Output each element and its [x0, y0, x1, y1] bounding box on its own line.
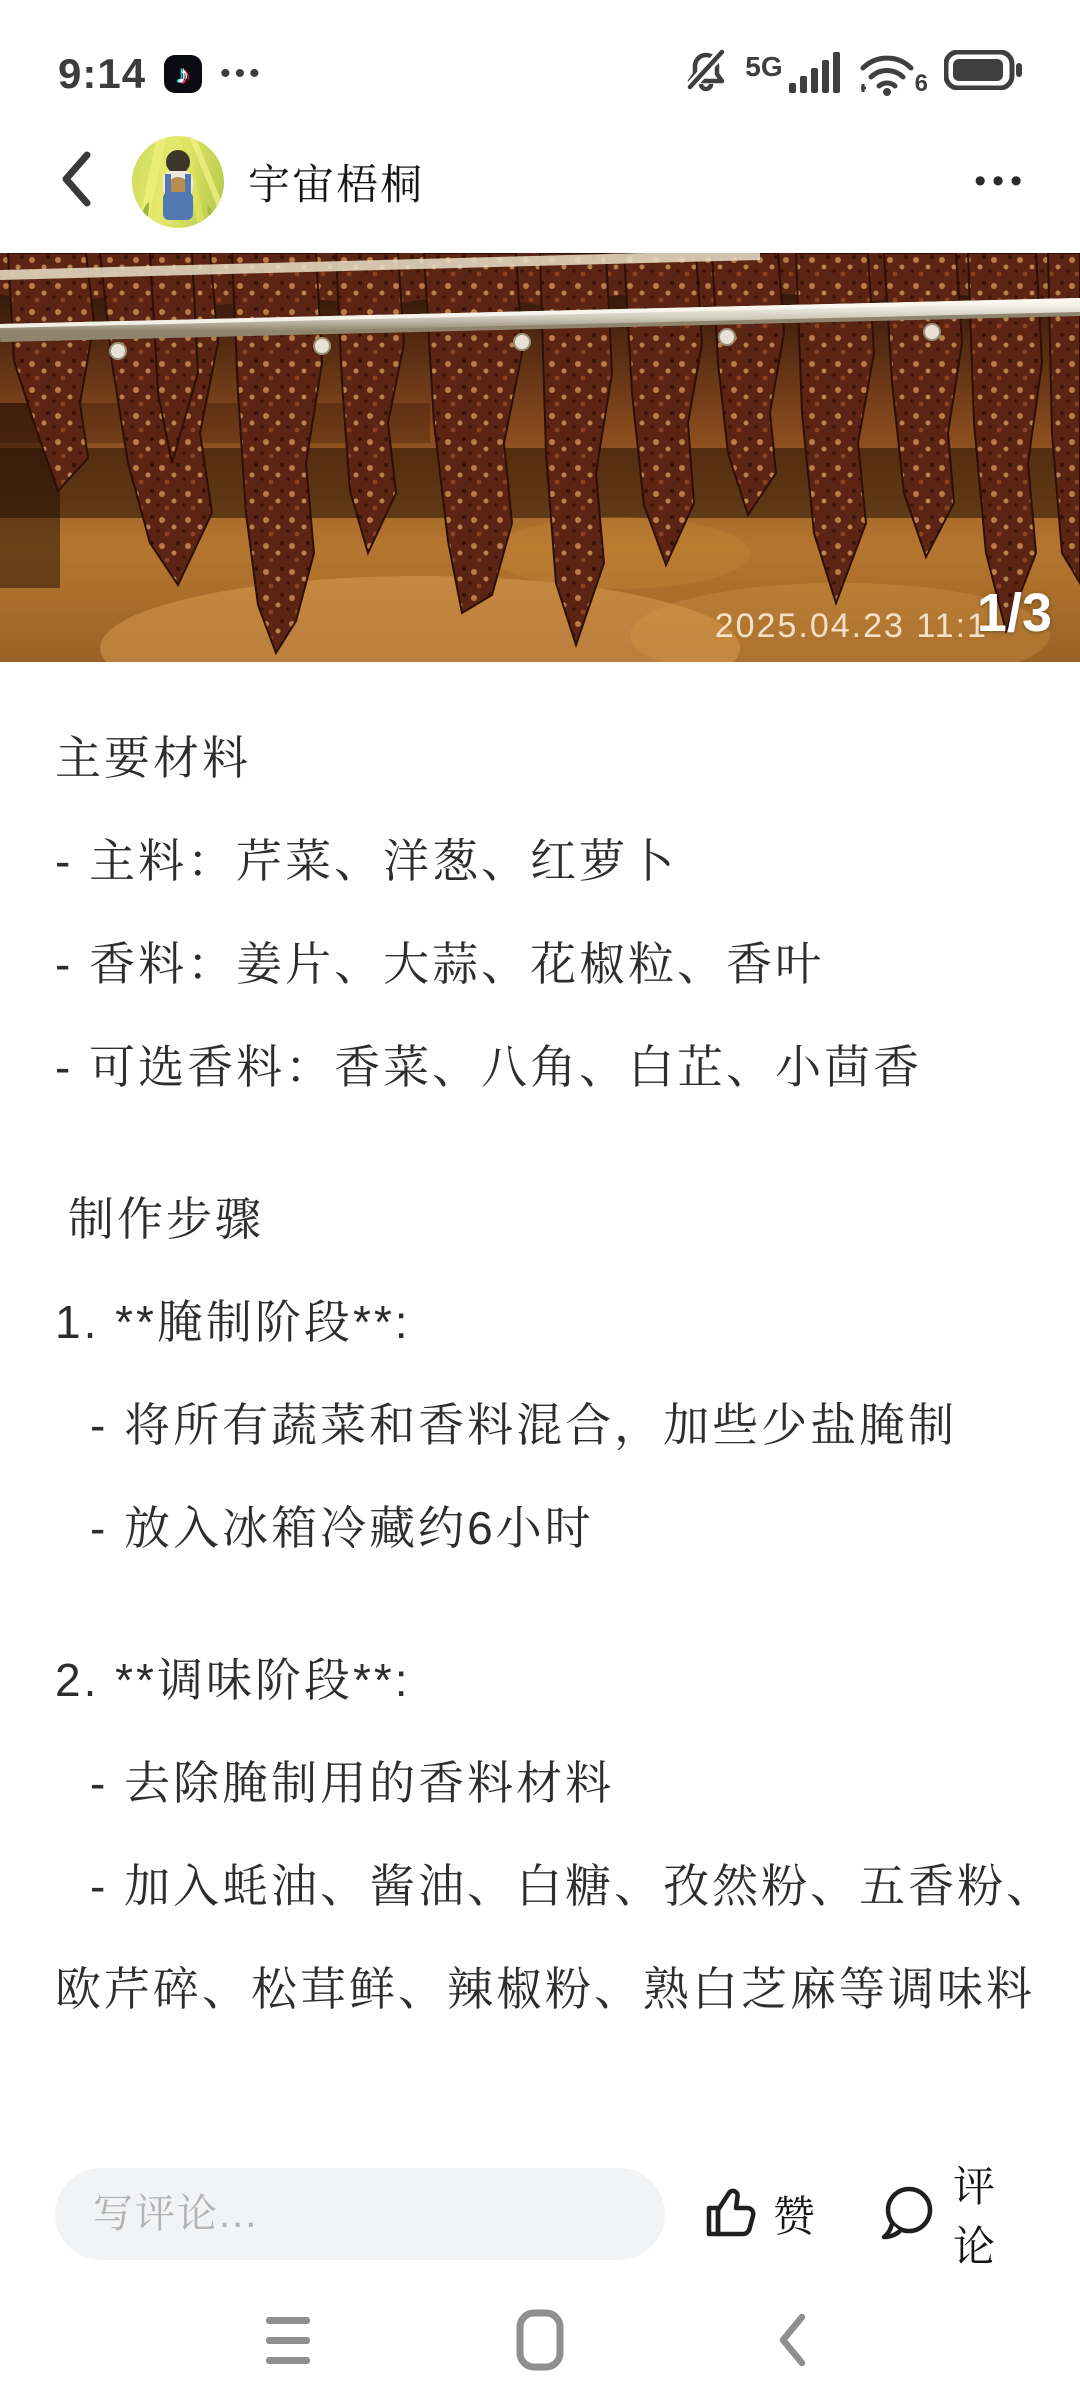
ingredient-line: - 香料：姜片、大蒜、花椒粒、香叶: [55, 938, 1080, 990]
recents-button[interactable]: [258, 2310, 318, 2370]
android-nav-bar: [0, 2280, 1080, 2400]
clock: 9:14: [58, 50, 146, 98]
section-title-steps: 制作步骤: [68, 1193, 1080, 1245]
status-right: 5G 6: [683, 47, 1022, 98]
menu-icon: [266, 2317, 310, 2364]
more-options-button[interactable]: •••: [974, 162, 1028, 201]
back-button[interactable]: [58, 149, 94, 214]
ingredient-line: - 主料：芹菜、洋葱、红萝卜: [55, 835, 1080, 887]
step-line: - 放入冰箱冷藏约6小时: [90, 1502, 1080, 1554]
ingredient-line: - 可选香料：香菜、八角、白芷、小茴香: [55, 1041, 1080, 1093]
comment-input[interactable]: [91, 2191, 629, 2238]
battery-icon: [944, 50, 1022, 95]
post-photo[interactable]: 2025.04.23 11:1 1/3: [0, 253, 1080, 662]
carousel-page-indicator: 1/3: [977, 582, 1052, 644]
nav-back-icon: [775, 2312, 809, 2368]
step-line: 欧芹碎、松茸鲜、辣椒粉、熟白芝麻等调味料: [55, 1963, 1080, 2015]
post-text: 主要材料 - 主料：芹菜、洋葱、红萝卜 - 香料：姜片、大蒜、花椒粒、香叶 - …: [0, 662, 1080, 2066]
step-heading: 2. **调味阶段**:: [55, 1654, 1080, 1706]
thumbs-up-icon: [701, 2184, 757, 2245]
notification-overflow-dots-icon: •••: [220, 59, 264, 89]
header: 宇宙梧桐 •••: [0, 110, 1080, 253]
avatar[interactable]: [132, 136, 224, 228]
step-line: - 将所有蔬菜和香料混合，加些少盐腌制: [90, 1399, 1080, 1451]
app-screen: 9:14 ♪ ••• 5G: [0, 0, 1080, 2400]
wifi6-icon: 6: [857, 50, 928, 96]
nav-back-button[interactable]: [762, 2310, 822, 2370]
mute-bell-icon: [683, 47, 729, 98]
photo-watermark-date: 2025.04.23 11:1: [715, 607, 988, 646]
username[interactable]: 宇宙梧桐: [248, 152, 424, 212]
home-icon: [516, 2309, 564, 2371]
comment-input-pill[interactable]: [55, 2168, 665, 2260]
section-title-ingredients: 主要材料: [55, 732, 1080, 784]
cellular-signal-icon: 5G: [745, 51, 840, 95]
comment-button[interactable]: 评论: [879, 2154, 1025, 2274]
comment-bubble-icon: [879, 2183, 937, 2246]
douyin-app-icon: ♪: [164, 55, 202, 93]
comment-label: 评论: [953, 2154, 1025, 2274]
step-line: - 加入蚝油、酱油、白糖、孜然粉、五香粉、: [90, 1860, 1080, 1912]
step-line: - 去除腌制用的香料材料: [90, 1757, 1080, 1809]
status-left: 9:14 ♪ •••: [58, 50, 264, 98]
bottom-action-bar: 赞 评论: [0, 2162, 1080, 2266]
like-label: 赞: [773, 2184, 817, 2244]
like-button[interactable]: 赞: [701, 2184, 817, 2245]
step-heading: 1. **腌制阶段**:: [55, 1296, 1080, 1348]
status-bar: 9:14 ♪ ••• 5G: [0, 0, 1080, 110]
home-button[interactable]: [510, 2310, 570, 2370]
